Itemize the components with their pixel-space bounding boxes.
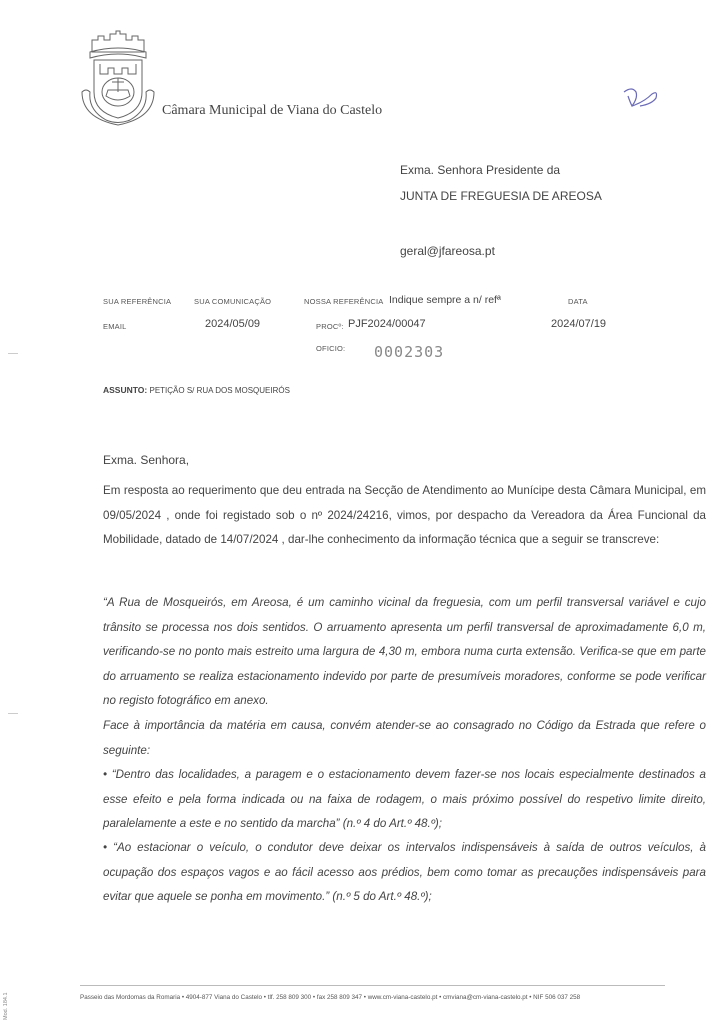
sua-comunicacao-label: SUA COMUNICAÇÃO (194, 297, 271, 306)
recipient-title: Exma. Senhora Presidente da (400, 163, 560, 177)
oficio-label: OFICIO: (316, 344, 345, 353)
handwritten-rubric-icon (622, 84, 670, 112)
data-label: DATA (568, 297, 588, 306)
fold-mark (8, 713, 18, 714)
oficio-number-stamp: 0002303 (374, 343, 444, 361)
sua-referencia-label: SUA REFERÊNCIA (103, 297, 171, 306)
organization-name: Câmara Municipal de Viana do Castelo (162, 103, 382, 119)
greeting: Exma. Senhora, (103, 453, 189, 467)
highway-code-bullet-1: • “Dentro das localidades, a paragem e o… (103, 763, 706, 837)
nossa-referencia-note: Indique sempre a n/ refª (389, 294, 501, 306)
proc-value: PJF2024/00047 (348, 318, 426, 330)
sua-referencia-value: EMAIL (103, 322, 127, 331)
subject-line: ASSUNTO: PETIÇÃO S/ RUA DOS MOSQUEIRÓS (103, 385, 290, 395)
data-value: 2024/07/19 (551, 318, 606, 330)
form-code: Mod. 184.1 (3, 992, 9, 1020)
technical-info-paragraph: “A Rua de Mosqueirós, em Areosa, é um ca… (103, 591, 706, 714)
recipient-email: geral@jfareosa.pt (400, 244, 495, 258)
subject-value: PETIÇÃO S/ RUA DOS MOSQUEIRÓS (149, 386, 289, 395)
recipient-entity: JUNTA DE FREGUESIA DE AREOSA (400, 189, 602, 203)
subject-label: ASSUNTO: (103, 385, 147, 395)
nossa-referencia-label: NOSSA REFERÊNCIA (304, 297, 383, 306)
fold-mark (8, 353, 18, 354)
footer-address: Passeio das Mordomas da Romaria • 4904-8… (80, 994, 580, 1001)
intro-paragraph: Em resposta ao requerimento que deu entr… (103, 479, 706, 553)
highway-code-bullet-2: • “Ao estacionar o veículo, o condutor d… (103, 836, 706, 910)
sua-comunicacao-value: 2024/05/09 (205, 318, 260, 330)
footer-divider (80, 985, 665, 986)
highway-code-intro: Face à importância da matéria em causa, … (103, 714, 706, 763)
municipal-crest-icon (78, 30, 158, 126)
proc-label: PROCº: (316, 322, 344, 331)
